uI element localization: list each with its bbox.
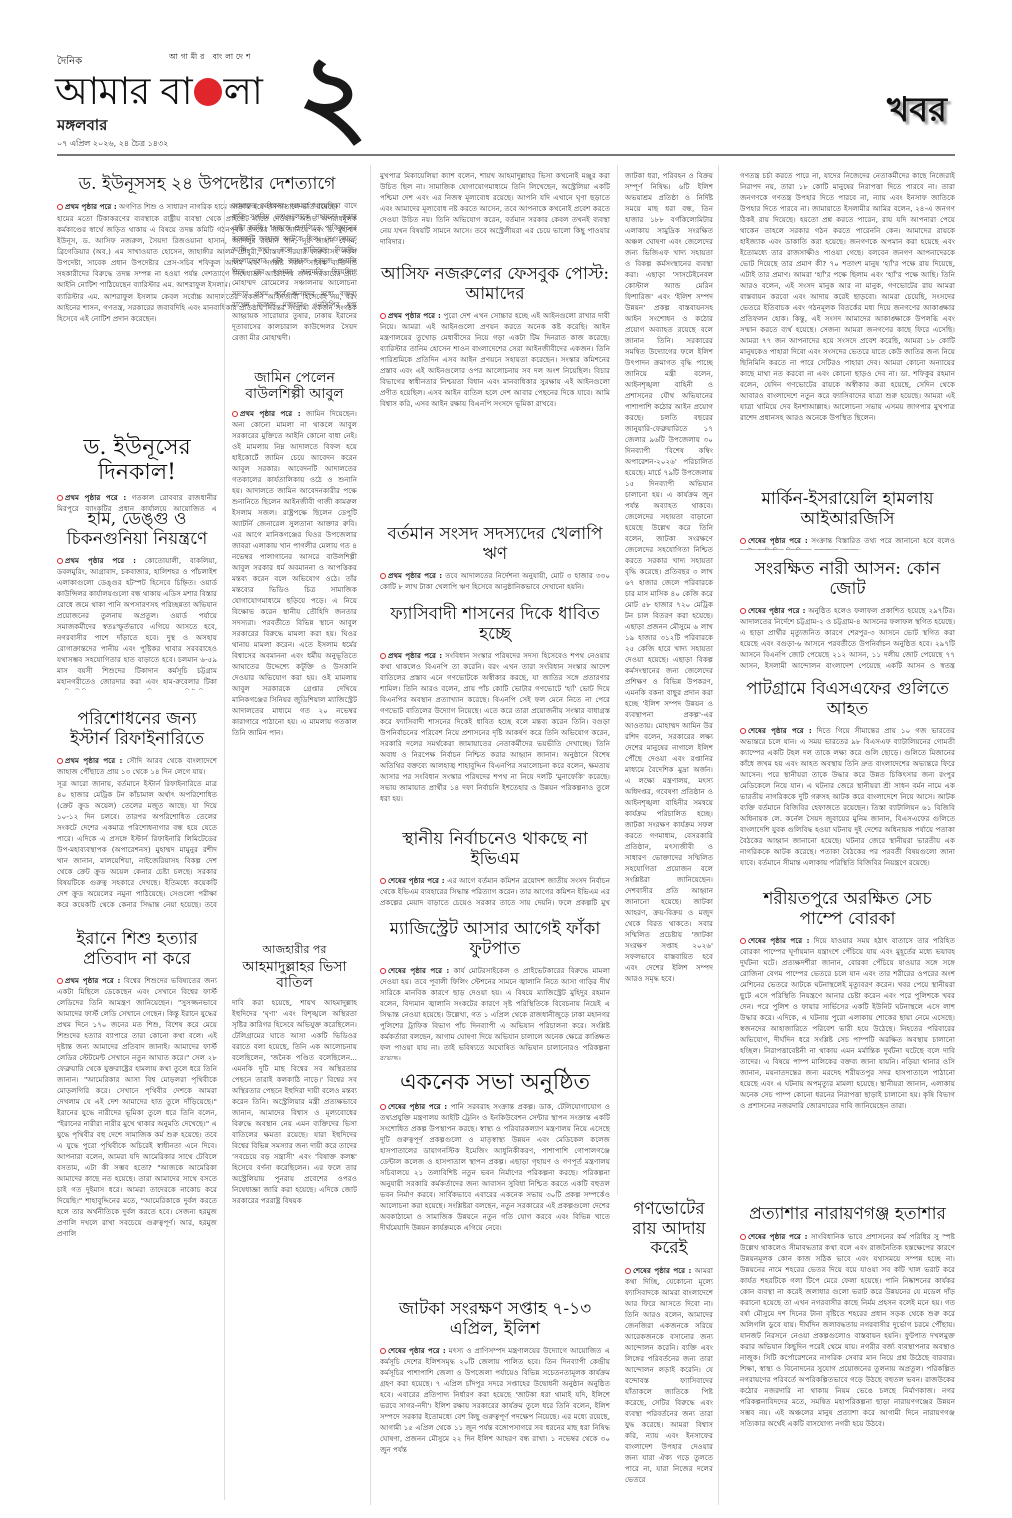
paper-name-part2: লা [224,69,262,113]
headline: বর্তমান সংসদ সদস্যদের খেলাপি ঋণ [380,525,610,564]
jump-marker-icon [380,653,386,659]
article-visa: আজহারীর পর আহমাদুল্লাহর ভিসা বাতিল দাবি … [232,940,357,1510]
jump-marker-icon [740,938,746,944]
jump-marker-icon [232,411,238,417]
jump-label: শেষের পৃষ্ঠার পরে : [388,1102,447,1111]
headline: শরীয়তপুরে অরক্ষিত সেচ পাম্পে বোরকা [740,890,955,929]
jump-label: শেষের পৃষ্ঠার পরে : [748,1232,807,1241]
column-divider [617,165,618,1195]
body-text: পানি সরবরাহ সংক্রান্ত প্রকল্প। ডাক, টেলি… [380,1102,610,1232]
jump-label: প্রথম পৃষ্ঠার পরে : [240,409,301,418]
headline: পরিশোধনের জন্য ইস্টার্ন রিফাইনারিতে [57,710,217,749]
body-text: মুখপাত্র মিকায়েলিয়া ক্যাশ বলেন, শায়খ … [380,170,610,247]
headline: হাম, ডেঙ্গু ও চিকনগুনিয়া নিয়ন্ত্রণে [57,510,217,549]
headline: আহমাদুল্লাহর ভিসা বাতিল [232,959,357,991]
jump-label: শেষের পৃষ্ঠার পরে : [748,536,808,545]
body-text: আমরা কথা দিচ্ছি, যেকোনো মূল্যে ফ্যাসিবাদ… [625,1266,713,1484]
article-irgc: মার্কিন-ইসরায়েলি হামলায় আইআরজিসি শেষের… [740,480,955,550]
article-col2-top: আমাদের অধিকার। আমরা আমেরিকা বাদে বাকি সু… [232,200,357,360]
header-rule [57,154,955,156]
column-divider [370,165,371,1505]
jump-label: প্রথম পৃষ্ঠার পরে : [388,651,442,660]
body-text: সাংবিধানিক ভাবে প্রশাসনের কর্ম পরিধির সু… [740,1232,955,1428]
jump-marker-icon [380,313,386,319]
headline: ফ্যাসিবাদী শাসনের দিকে ধাবিত হচ্ছে [380,605,610,644]
jump-marker-icon [380,878,386,884]
article-baul: জামিন পেলেন বাউলশিল্পী আবুল প্রথম পৃষ্ঠা… [232,360,357,940]
jump-label: প্রথম পৃষ্ঠার পরে : [65,756,122,765]
body-text: বিশ্বের শিশুদের ভবিষ্যতের জন্য একটা মিছি… [57,976,217,1238]
jump-marker-icon [740,608,746,614]
column-divider [224,200,225,1500]
article-refinery: পরিশোধনের জন্য ইস্টার্ন রিফাইনারিতে প্রথ… [57,700,217,910]
jump-marker-icon [57,758,63,764]
headline: মার্কিন-ইসরায়েলি হামলায় আইআরজিসি [740,490,955,529]
article-evm: স্থানীয় নির্বাচনেও থাকছে না ইভিএম শেষের… [380,820,610,910]
jump-label: প্রথম পৃষ্ঠার পরে : [388,571,442,580]
body-text: দিয়ে যাওয়ার সময় হঠাৎ বাতাসে তার পরিহি… [740,936,955,1110]
headline: আসিফ নজরুলের ফেসবুক পোস্ট: আমাদের [380,265,610,304]
headline: সংরক্ষিত নারী আসন: কোন জোট [740,560,955,599]
jump-marker-icon [57,558,63,564]
headline: প্রত্যাশার নারায়ণগঞ্জ হতাশার [740,1205,955,1225]
body-text: আমাদের অধিকার। আমরা আমেরিকা বাদে বাকি সু… [232,200,357,343]
jump-marker-icon [57,978,63,984]
jump-marker-icon [380,968,386,974]
article-default-loans: বর্তমান সংসদ সদস্যদের খেলাপি ঋণ প্রথম পৃ… [380,515,610,590]
headline: একনেক সভা অনুষ্ঠিত [380,1070,610,1095]
headline: স্থানীয় নির্বাচনেও থাকছে না ইভিএম [380,830,610,869]
article-narayanganj: প্রত্যাশার নারায়ণগঞ্জ হতাশার শেষের পৃষ্… [740,1195,955,1510]
jump-label: শেষের পৃষ্ঠার পরে : [633,1266,691,1275]
dateline: ০৭ এপ্রিল ২০২৬, ২৪ চৈত্র ১৪৩২ [57,138,168,151]
body-text: সূত্র আরো জানায়, বর্তমানে ইস্টার্ন রিফা… [57,778,217,910]
article-col3-top: মুখপাত্র মিকায়েলিয়া ক্যাশ বলেন, শায়খ … [380,170,610,260]
jump-marker-icon [380,1104,386,1110]
jump-label: প্রথম পৃষ্ঠার পরে : [65,976,120,985]
jump-label: প্রথম পৃষ্ঠার পরে : [388,311,441,320]
article-ecnec: একনেক সভা অনুষ্ঠিত শেষের পৃষ্ঠার পরে : প… [380,1060,610,1290]
article-fascist: ফ্যাসিবাদী শাসনের দিকে ধাবিত হচ্ছে প্রথম… [380,595,610,820]
body-text: কোতোয়ালী, বাকলিয়া, ডবলমুরিং, আগ্রাবাদ,… [57,556,217,690]
paper-name-part1: আমার বা [55,69,192,113]
masthead: দৈনিক আগামীর বাংলাদেশ আমার বালা মঙ্গলবার… [57,44,957,154]
article-women-seats: সংরক্ষিত নারী আসন: কোন জোট শেষের পৃষ্ঠার… [740,550,955,670]
body-text: জাটকা ধরা, পরিবহন ও বিক্রয় সম্পূর্ণ নিষ… [625,170,713,984]
jump-marker-icon [380,1348,386,1354]
headline: ড. ইউনূসসহ ২৪ উপদেষ্টার দেশত্যাগে [57,175,357,195]
jump-label: শেষের পৃষ্ঠার পরে : [388,876,445,885]
headline: ইরানে শিশু হত্যার প্রতিবাদ না করে [57,930,217,969]
logo-red-circle-icon [194,78,222,106]
headline: গণভোটের রায় আদায় করেই [625,1200,713,1259]
jump-marker-icon [740,728,746,734]
headline: জামিন পেলেন বাউলশিল্পী আবুল [232,370,357,402]
jump-label: প্রথম পৃষ্ঠার পরে : [65,202,117,211]
article-footpath: ম্যাজিস্ট্রেট আসার আগেই ফাঁকা ফুটপাত শেষ… [380,910,610,1060]
headline: পাটগ্রামে বিএসএফের গুলিতে আহত [740,680,955,719]
article-patgram: পাটগ্রামে বিএসএফের গুলিতে আহত শেষের পৃষ্… [740,670,955,880]
jump-label: শেষের পৃষ্ঠার পরে : [748,726,812,735]
article-jatka: জাটকা সংরক্ষণ সপ্তাহ ৭-১৩ এপ্রিল, ইলিশ শ… [380,1290,610,1510]
weekday: মঙ্গলবার [57,114,107,139]
column-divider [718,165,719,1505]
jump-marker-icon [380,573,386,579]
article-jatka-continued: জাটকা ধরা, পরিবহন ও বিক্রয় সম্পূর্ণ নিষ… [625,170,713,1190]
article-asif: আসিফ নজরুলের ফেসবুক পোস্ট: আমাদের প্রথম … [380,255,610,515]
section-name: খবর [887,84,947,141]
body-text: গণতন্ত্র চর্চা করতে পারে না, যাদের নিজেদ… [740,170,955,423]
jump-marker-icon [57,204,63,210]
jump-label: শেষের পৃষ্ঠার পরে : [388,966,449,975]
jump-marker-icon [740,1234,746,1240]
article-shariatpur: শরীয়তপুরে অরক্ষিত সেচ পাম্পে বোরকা শেষে… [740,880,955,1195]
jump-label: শেষের পৃষ্ঠার পরে : [748,936,809,945]
jump-marker-icon [625,1268,631,1274]
body-text: দিতে গিয়ে সীমান্তের প্রায় ১০ গজ ভারতের… [740,726,955,867]
page-number: ২ [297,40,369,150]
body-text: অনুষ্ঠিত হলেও ফলাফল প্রকাশিত হয়েছে ২৯৭ট… [740,606,955,670]
article-col5-top: গণতন্ত্র চর্চা করতে পারে না, যাদের নিজেদ… [740,170,955,480]
body-text: দাবি করা হয়েছে, শায়খ আহমাদুল্লাহ ইহুদি… [232,997,357,1206]
headline: জাটকা সংরক্ষণ সপ্তাহ ৭-১৩ এপ্রিল, ইলিশ [380,1300,610,1339]
article-measles: হাম, ডেঙ্গু ও চিকনগুনিয়া নিয়ন্ত্রণে প্… [57,500,217,690]
body-text: মৎস্য ও প্রাণিসম্পদ মন্ত্রণালয়ের উদ্যোগ… [380,1346,610,1454]
jump-label: প্রথম পৃষ্ঠার পরে : [65,556,136,565]
body-text: সংবিধান সংস্কার পরিষদের সদস্য হিসেবেও শপ… [380,651,610,803]
article-iran: ইরানে শিশু হত্যার প্রতিবাদ না করে প্রথম … [57,920,217,1510]
jump-marker-icon [740,538,746,544]
article-referendum: গণভোটের রায় আদায় করেই শেষের পৃষ্ঠার পর… [625,1190,713,1510]
headline: ড. ইউনূসের দিনকাল! [57,435,217,486]
jump-label: শেষের পৃষ্ঠার পরে : [388,1346,446,1355]
kicker: আজহারীর পর [232,944,357,957]
body-text: জামিন দিয়েছেন। অন্য কোনো মামলা না থাকলে… [232,409,357,737]
body-text: কার্য মোটরসাইকেল ও প্রাইভেটকারের বিরুদ্ধ… [380,966,610,1060]
body-text: পুরো দেশ এখন সোচ্চার হচ্ছে এই আইনগুলো রা… [380,311,610,408]
headline: ম্যাজিস্ট্রেট আসার আগেই ফাঁকা ফুটপাত [380,920,610,959]
jump-label: শেষের পৃষ্ঠার পরে : [748,606,806,615]
